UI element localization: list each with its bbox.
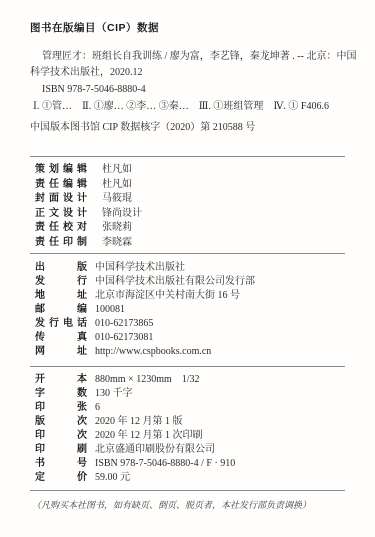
publishing-row: 发 行 中国科学技术出版社有限公司发行部 [35, 275, 345, 289]
publishing-row-value: 北京市海淀区中关村南大街 16 号 [95, 289, 240, 303]
publishing-row: 地 址 北京市海淀区中关村南大街 16 号 [35, 289, 345, 303]
cip-title-line: 管理匠才：班组长自我训练 / 廖为富，李艺锋，秦龙坤著 . -- 北京：中国 [30, 49, 345, 65]
price-value: 59.00 元 [95, 471, 130, 485]
credits-row: 责任编辑 杜凡如 [35, 178, 345, 193]
printing-row-value: 2020 年 12 月第 1 版 [95, 415, 183, 429]
publishing-row: 传 真 010-62173081 [35, 331, 345, 345]
divider-publishing [30, 366, 345, 367]
cip-classification-line: Ⅰ. ①管… Ⅱ. ①廖… ②李… ③秦… Ⅲ. ①班组管理 Ⅳ. ① F406… [30, 99, 345, 115]
printing-row: 字 数 130 千字 [35, 387, 345, 401]
printing-row-value: 2020 年 12 月第 1 次印刷 [95, 429, 203, 443]
credits-row: 责任印制 李晓霖 [35, 236, 345, 251]
printing-row-label: 书 号 [35, 457, 87, 471]
credits-row-label: 责任校对 [35, 221, 87, 236]
divider-top [30, 156, 345, 157]
publishing-row: 邮 编 100081 [35, 303, 345, 317]
printing-row: 印 张 6 [35, 401, 345, 415]
publishing-row-value: 中国科学技术出版社 [95, 261, 185, 275]
publisher-website-url: http://www.cspbooks.com.cn [95, 345, 211, 359]
publishing-row-value: 100081 [95, 303, 125, 317]
printing-row: 印 次 2020 年 12 月第 1 次印刷 [35, 429, 345, 443]
publishing-row: 网 址 http://www.cspbooks.com.cn [35, 345, 345, 359]
cip-record-number-line: 中国版本图书馆 CIP 数据核字（2020）第 210588 号 [30, 120, 345, 136]
credits-row-label: 封面设计 [35, 192, 87, 207]
publishing-row: 发行电话 010-62173865 [35, 317, 345, 331]
publishing-row-label: 发 行 [35, 275, 87, 289]
publishing-row-label: 发行电话 [35, 317, 87, 331]
cip-isbn-line: ISBN 978-7-5046-8880-4 [30, 82, 345, 98]
printing-row-value: 130 千字 [95, 387, 133, 401]
exchange-note: （凡购买本社图书，如有缺页、倒页、脱页者，本社发行部负责调换） [30, 498, 345, 512]
cip-heading: 图书在版编目（CIP）数据 [30, 0, 345, 35]
book-number-value: ISBN 978-7-5046-8880-4 / F · 910 [95, 457, 235, 471]
cip-data-block: 图书在版编目（CIP）数据 管理匠才：班组长自我训练 / 廖为富，李艺锋，秦龙坤… [30, 0, 345, 136]
publishing-row-label: 传 真 [35, 331, 87, 345]
printing-row-label: 字 数 [35, 387, 87, 401]
credits-row-value: 张晓莉 [102, 221, 132, 236]
credits-row: 策划编辑 杜凡如 [35, 163, 345, 178]
printing-row-value: 6 [95, 401, 100, 415]
credits-row-label: 责任编辑 [35, 178, 87, 193]
credits-row-value: 马筱琨 [102, 192, 132, 207]
printing-row-label: 印 次 [35, 429, 87, 443]
printing-row-label: 开 本 [35, 373, 87, 387]
publishing-row-value: 中国科学技术出版社有限公司发行部 [95, 275, 255, 289]
publishing-table: 出 版 中国科学技术出版社 发 行 中国科学技术出版社有限公司发行部 地 址 北… [30, 261, 345, 359]
credits-row-value: 锋尚设计 [102, 207, 142, 222]
credits-row-label: 责任印制 [35, 236, 87, 251]
credits-row-value: 杜凡如 [102, 178, 132, 193]
credits-row-value: 杜凡如 [102, 163, 132, 178]
printing-row: 书 号 ISBN 978-7-5046-8880-4 / F · 910 [35, 457, 345, 471]
printing-row: 定 价 59.00 元 [35, 471, 345, 485]
printing-row: 印 刷 北京盛通印刷股份有限公司 [35, 443, 345, 457]
credits-row-value: 李晓霖 [102, 236, 132, 251]
printing-row-label: 印 张 [35, 401, 87, 415]
publishing-row-label: 地 址 [35, 289, 87, 303]
credits-row-label: 正文设计 [35, 207, 87, 222]
printing-row-label: 印 刷 [35, 443, 87, 457]
printing-row-label: 定 价 [35, 471, 87, 485]
publishing-row-label: 邮 编 [35, 303, 87, 317]
credits-row-label: 策划编辑 [35, 163, 87, 178]
divider-credits [30, 253, 345, 254]
publishing-row: 出 版 中国科学技术出版社 [35, 261, 345, 275]
credits-row: 责任校对 张晓莉 [35, 221, 345, 236]
printing-row-value: 北京盛通印刷股份有限公司 [95, 443, 215, 457]
credits-row: 正文设计 锋尚设计 [35, 207, 345, 222]
divider-bottom [30, 490, 345, 491]
publishing-row-label: 网 址 [35, 345, 87, 359]
cip-publisher-line: 科学技术出版社，2020.12 [30, 65, 345, 81]
printing-table: 开 本 880mm × 1230mm 1/32 字 数 130 千字 印 张 6… [30, 373, 345, 485]
printing-row-value: 880mm × 1230mm 1/32 [95, 373, 200, 387]
credits-row: 封面设计 马筱琨 [35, 192, 345, 207]
credits-table: 策划编辑 杜凡如 责任编辑 杜凡如 封面设计 马筱琨 正文设计 锋尚设计 责任校… [30, 163, 345, 250]
publishing-row-value: 010-62173081 [95, 331, 153, 345]
publishing-row-value: 010-62173865 [95, 317, 153, 331]
printing-row-label: 版 次 [35, 415, 87, 429]
publishing-row-label: 出 版 [35, 261, 87, 275]
copyright-page: 图书在版编目（CIP）数据 管理匠才：班组长自我训练 / 廖为富，李艺锋，秦龙坤… [0, 0, 375, 537]
printing-row: 开 本 880mm × 1230mm 1/32 [35, 373, 345, 387]
printing-row: 版 次 2020 年 12 月第 1 版 [35, 415, 345, 429]
